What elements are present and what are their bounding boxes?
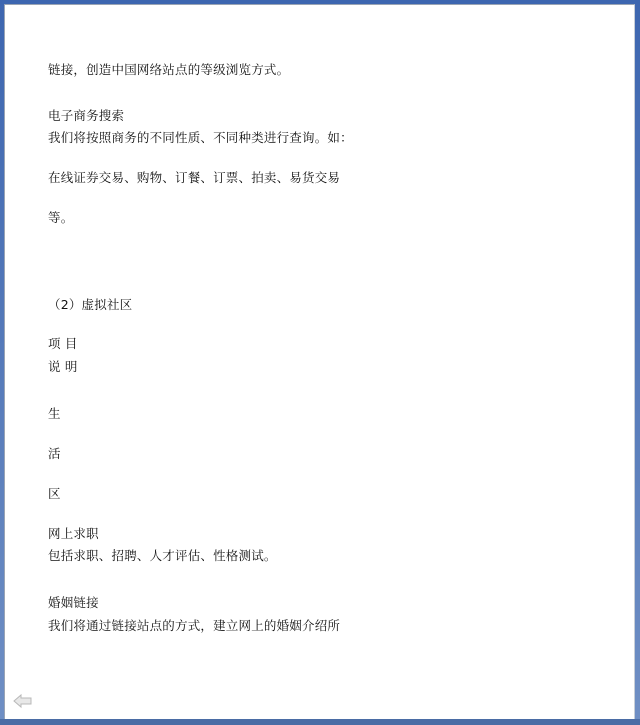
text-line: 链接，创造中国网络站点的等级浏览方式。 <box>48 60 289 78</box>
left-arrow-icon[interactable] <box>13 693 33 709</box>
section-heading-ecommerce-search: 电子商务搜索 <box>48 106 124 124</box>
section-heading-virtual-community: （2）虚拟社区 <box>48 295 132 313</box>
text-line: 我们将通过链接站点的方式，建立网上的婚姻介绍所 <box>48 616 340 634</box>
text-line: 包括求职、招聘、人才评估、性格测试。 <box>48 546 277 564</box>
text-line: 活 <box>48 444 61 462</box>
item-marriage-link: 婚姻链接 <box>48 593 99 611</box>
table-header-item: 项 目 <box>48 334 78 352</box>
text-line: 在线证券交易、购物、订餐、订票、拍卖、易货交易 <box>48 168 340 186</box>
text-line: 区 <box>48 484 61 502</box>
text-line: 我们将按照商务的不同性质、不同种类进行查询。如： <box>48 128 353 146</box>
window-bottom-border <box>0 719 640 725</box>
document-page: 链接，创造中国网络站点的等级浏览方式。 电子商务搜索 我们将按照商务的不同性质、… <box>4 4 635 719</box>
text-line: 生 <box>48 404 61 422</box>
item-online-job: 网上求职 <box>48 524 99 542</box>
table-header-description: 说 明 <box>48 357 78 375</box>
text-line: 等。 <box>48 208 73 226</box>
